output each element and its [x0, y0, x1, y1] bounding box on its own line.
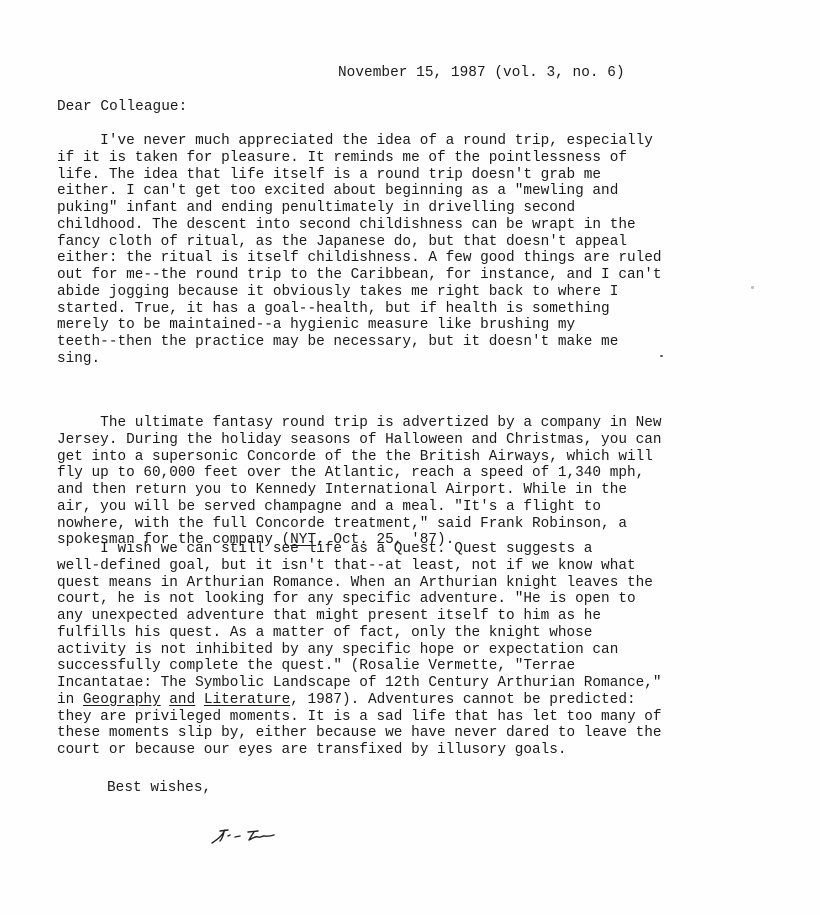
text-line: nowhere, with the full Concorde treatmen… — [57, 516, 662, 533]
text-line: and then return you to Kennedy Internati… — [57, 482, 662, 499]
text-line: court or because our eyes are transfixed… — [57, 742, 662, 759]
text-line: out for me--the round trip to the Caribb… — [57, 267, 662, 284]
dateline: November 15, 1987 (vol. 3, no. 6) — [338, 65, 625, 82]
text-line: either. I can't get too excited about be… — [57, 183, 662, 200]
text-line: teeth--then the practice may be necessar… — [57, 334, 662, 351]
paragraph-2: The ultimate fantasy round trip is adver… — [57, 415, 662, 549]
text-line: get into a supersonic Concorde of the th… — [57, 449, 662, 466]
text-line: fulfills his quest. As a matter of fact,… — [57, 625, 662, 642]
text-fragment — [195, 692, 204, 708]
text-line: activity is not inhibited by any specifi… — [57, 642, 662, 659]
closing: Best wishes, — [107, 780, 211, 797]
text-line: air, you will be served champagne and a … — [57, 499, 662, 516]
text-line: any unexpected adventure that might pres… — [57, 608, 662, 625]
paragraph-1: I've never much appreciated the idea of … — [57, 133, 662, 368]
text-line: Jersey. During the holiday seasons of Ha… — [57, 432, 662, 449]
text-line: well-defined goal, but it isn't that--at… — [57, 558, 662, 575]
text-line: successfully complete the quest." (Rosal… — [57, 658, 662, 675]
text-line: they are privileged moments. It is a sad… — [57, 709, 662, 726]
text-fragment: , 1987). Adventures cannot be predicted: — [290, 692, 635, 708]
signature-icon — [208, 824, 283, 846]
scan-speck — [751, 286, 754, 289]
text-line: Incantatae: The Symbolic Landscape of 12… — [57, 675, 662, 692]
text-line: fancy cloth of ritual, as the Japanese d… — [57, 234, 662, 251]
text-line-citation: in Geography and Literature, 1987). Adve… — [57, 692, 662, 709]
text-line: life. The idea that life itself is a rou… — [57, 167, 662, 184]
text-line: I've never much appreciated the idea of … — [57, 133, 662, 150]
text-line: abide jogging because it obviously takes… — [57, 284, 662, 301]
salutation: Dear Colleague: — [57, 99, 187, 116]
text-fragment: in — [57, 692, 83, 708]
text-line: court, he is not looking for any specifi… — [57, 591, 662, 608]
text-line: quest means in Arthurian Romance. When a… — [57, 575, 662, 592]
book-title-word: Literature — [204, 692, 290, 708]
text-line: if it is taken for pleasure. It reminds … — [57, 150, 662, 167]
text-line: either: the ritual is itself childishnes… — [57, 250, 662, 267]
scan-speck — [660, 355, 663, 357]
text-line: fly up to 60,000 feet over the Atlantic,… — [57, 465, 662, 482]
paragraph-3: I wish we can still see life as a Quest.… — [57, 541, 662, 759]
text-line: childhood. The descent into second child… — [57, 217, 662, 234]
letter-page: November 15, 1987 (vol. 3, no. 6) Dear C… — [0, 0, 820, 915]
book-title-word: and — [169, 692, 195, 708]
text-line: these moments slip by, either because we… — [57, 725, 662, 742]
text-fragment — [161, 692, 170, 708]
text-line: started. True, it has a goal--health, bu… — [57, 301, 662, 318]
text-line: sing. — [57, 351, 662, 368]
text-line: puking" infant and ending penultimately … — [57, 200, 662, 217]
book-title-word: Geography — [83, 692, 161, 708]
text-line: The ultimate fantasy round trip is adver… — [57, 415, 662, 432]
text-line: merely to be maintained--a hygienic meas… — [57, 317, 662, 334]
text-line: I wish we can still see life as a Quest.… — [57, 541, 662, 558]
